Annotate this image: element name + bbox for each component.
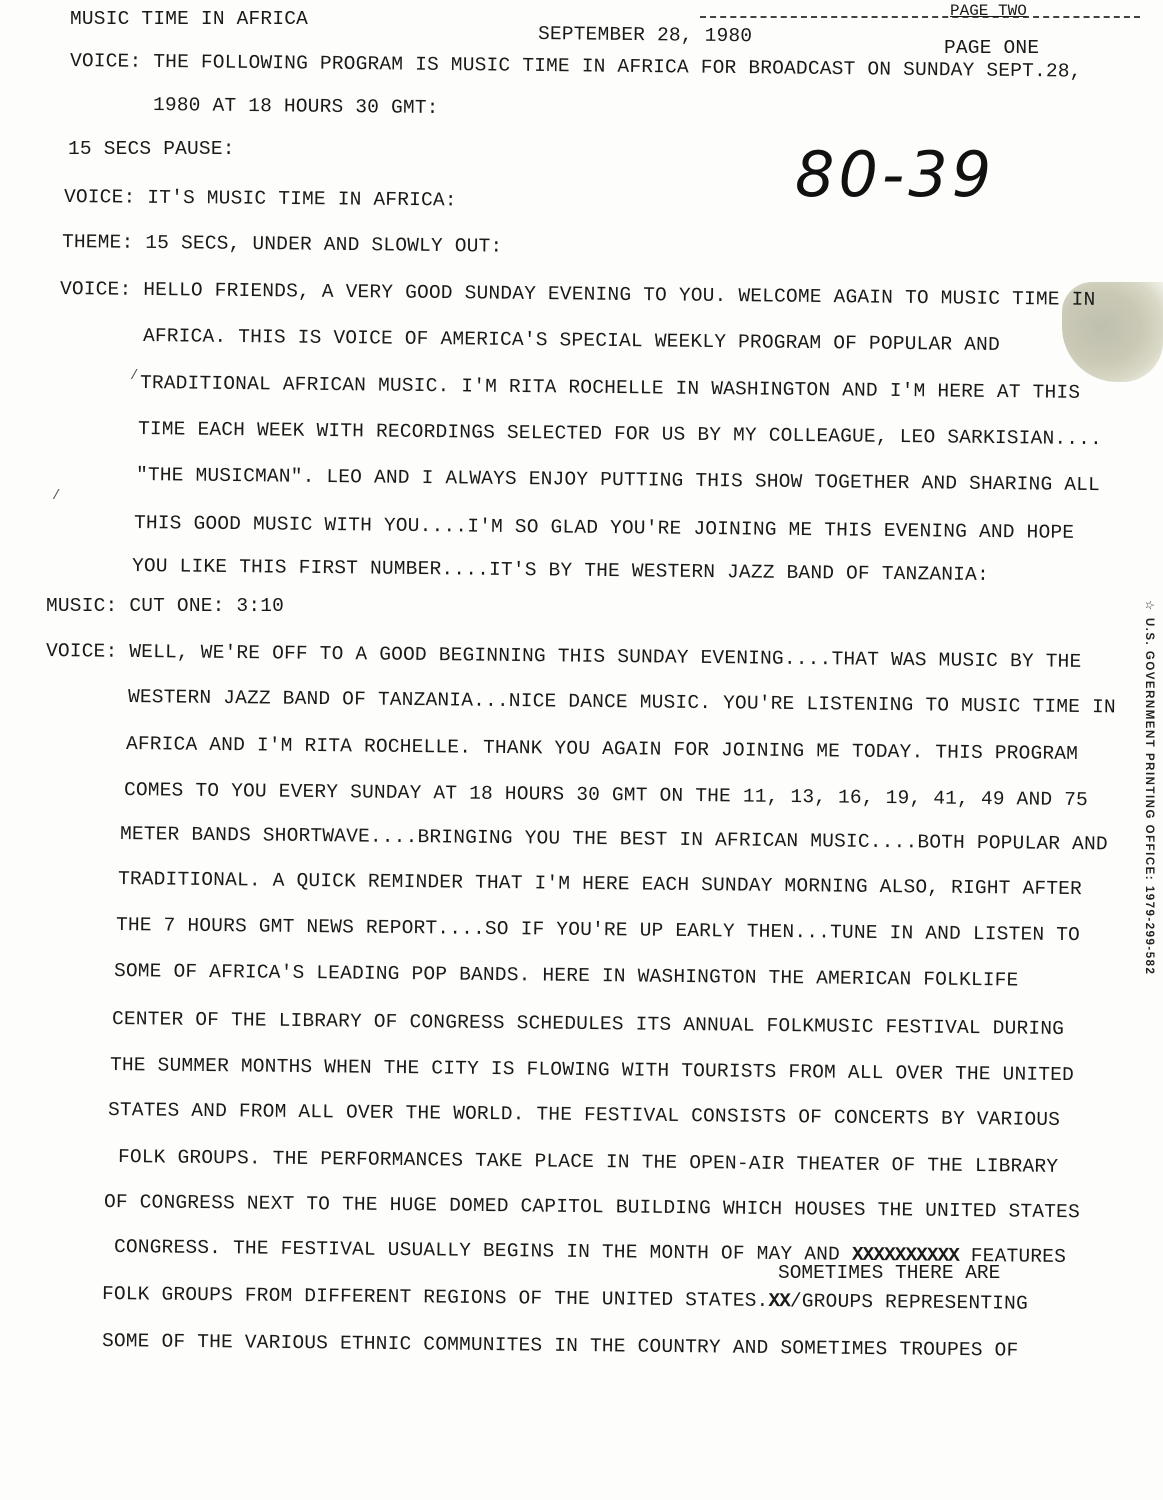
script-line: CENTER OF THE LIBRARY OF CONGRESS SCHEDU… [112,1010,1064,1039]
script-line: METER BANDS SHORTWAVE....BRINGING YOU TH… [120,825,1108,855]
star-icon: ☆ [1143,600,1155,612]
torn-page-two-label: PAGE TWO [950,2,1027,20]
gpo-imprint-text: U.S. GOVERNMENT PRINTING OFFICE: 1979-29… [1143,618,1155,976]
script-line: MUSIC: CUT ONE: 3:10 [46,597,284,617]
script-line: OF CONGRESS NEXT TO THE HUGE DOMED CAPIT… [104,1193,1080,1223]
handwritten-catalog-number: 80-39 [795,138,995,211]
script-line: SOME OF AFRICA'S LEADING POP BANDS. HERE… [114,962,1019,991]
script-line: TRADITIONAL AFRICAN MUSIC. I'M RITA ROCH… [140,374,1080,403]
script-line: TIME EACH WEEK WITH RECORDINGS SELECTED … [138,420,1102,450]
script-line: 1980 AT 18 HOURS 30 GMT: [153,96,439,118]
struck-out-mark: XX [768,1290,790,1312]
script-line-text: FOLK GROUPS FROM DIFFERENT REGIONS OF TH… [102,1283,769,1312]
script-line: 15 SECS PAUSE: [68,140,235,160]
script-line: WESTERN JAZZ BAND OF TANZANIA...NICE DAN… [128,688,1116,718]
script-line: VOICE: IT'S MUSIC TIME IN AFRICA: [64,188,457,211]
script-line: AFRICA AND I'M RITA ROCHELLE. THANK YOU … [126,735,1078,764]
script-line: TRADITIONAL. A QUICK REMINDER THAT I'M H… [118,870,1082,900]
script-line: VOICE: THE FOLLOWING PROGRAM IS MUSIC TI… [70,52,1082,82]
typed-insertion: SOMETIMES THERE ARE [778,1262,1000,1284]
script-line: THIS GOOD MUSIC WITH YOU....I'M SO GLAD … [134,514,1074,543]
program-title: MUSIC TIME IN AFRICA [70,10,308,30]
margin-tick-mark: / [52,488,60,504]
broadcast-date: SEPTEMBER 28, 1980 [538,25,752,47]
script-line: SOME OF THE VARIOUS ETHNIC COMMUNITES IN… [102,1332,1019,1361]
script-line-text: /GROUPS REPRESENTING [790,1290,1028,1314]
script-line-with-insertion: FOLK GROUPS FROM DIFFERENT REGIONS OF TH… [102,1285,1028,1314]
script-line: THE SUMMER MONTHS WHEN THE CITY IS FLOWI… [110,1056,1074,1086]
script-line-text: CONGRESS. THE FESTIVAL USUALLY BEGINS IN… [114,1236,840,1266]
script-line: STATES AND FROM ALL OVER THE WORLD. THE … [108,1101,1060,1130]
script-line: "THE MUSICMAN". LEO AND I ALWAYS ENJOY P… [136,466,1100,496]
script-line: COMES TO YOU EVERY SUNDAY AT 18 HOURS 30… [124,781,1088,811]
script-line: THE 7 HOURS GMT NEWS REPORT....SO IF YOU… [116,916,1080,946]
script-line: YOU LIKE THIS FIRST NUMBER....IT'S BY TH… [132,557,989,585]
torn-header-remnant [700,2,1140,18]
gpo-imprint: ☆U.S. GOVERNMENT PRINTING OFFICE: 1979-2… [1143,600,1157,975]
script-line: AFRICA. THIS IS VOICE OF AMERICA'S SPECI… [143,327,1000,355]
script-line: THEME: 15 SECS, UNDER AND SLOWLY OUT: [62,233,503,257]
script-line: FOLK GROUPS. THE PERFORMANCES TAKE PLACE… [118,1148,1058,1177]
script-line: VOICE: WELL, WE'RE OFF TO A GOOD BEGINNI… [46,642,1082,672]
script-line: VOICE: HELLO FRIENDS, A VERY GOOD SUNDAY… [60,280,1096,310]
page-label: PAGE ONE [944,39,1039,59]
margin-tick-mark: / [130,368,138,384]
